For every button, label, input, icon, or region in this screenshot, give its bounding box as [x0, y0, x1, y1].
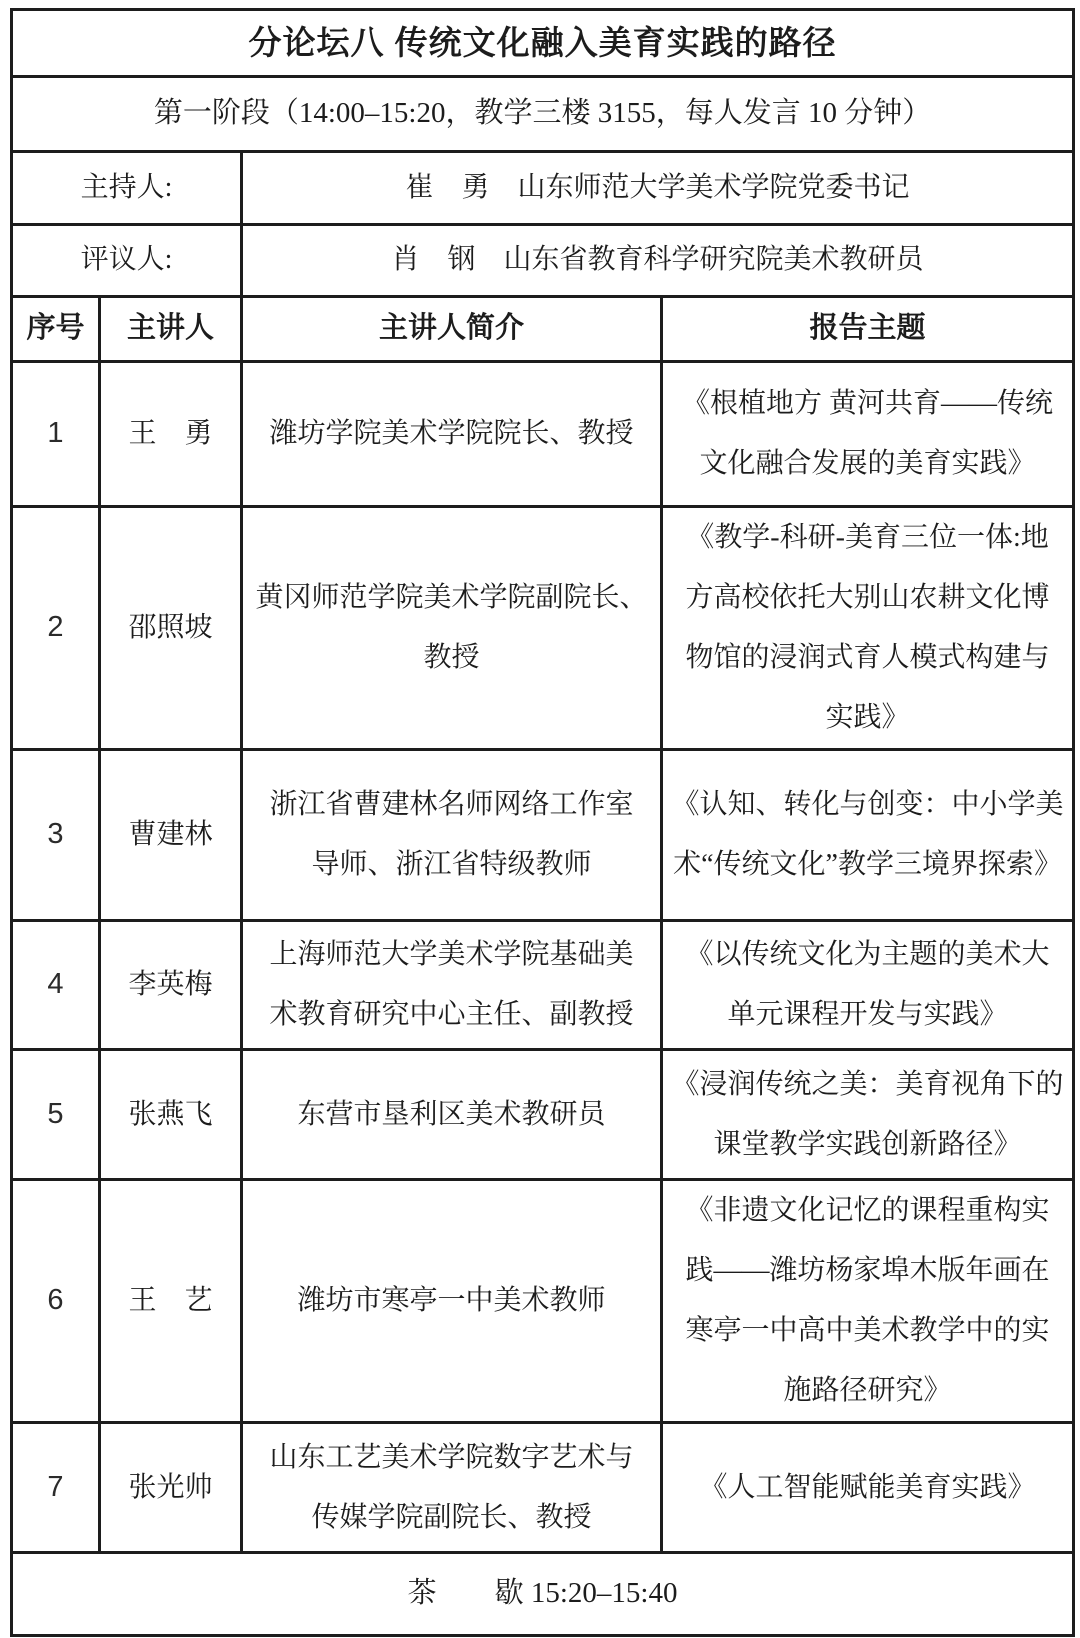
row-no: 4	[12, 921, 100, 1050]
row-speaker: 王 勇	[100, 362, 242, 507]
column-header-row: 序号 主讲人 主讲人简介 报告主题	[12, 297, 1074, 362]
row-topic: 《人工智能赋能美育实践》	[662, 1423, 1074, 1553]
row-topic: 《教学-科研-美育三位一体:地 方高校依托大别山农耕文化博 物馆的浸润式育人模式…	[662, 507, 1074, 750]
col-header-no: 序号	[12, 297, 100, 362]
col-header-bio: 主讲人简介	[242, 297, 662, 362]
row-speaker: 曹建林	[100, 750, 242, 921]
row-no: 2	[12, 507, 100, 750]
host-value: 崔 勇 山东师范大学美术学院党委书记	[242, 152, 1074, 225]
row-topic: 《浸润传统之美：美育视角下的 课堂教学实践创新路径》	[662, 1050, 1074, 1180]
col-header-topic: 报告主题	[662, 297, 1074, 362]
page-title: 分论坛八 传统文化融入美育实践的路径	[12, 10, 1074, 77]
stage-info: 第一阶段（14:00–15:20，教学三楼 3155，每人发言 10 分钟）	[12, 77, 1074, 152]
host-label: 主持人:	[12, 152, 242, 225]
row-bio: 东营市垦利区美术教研员	[242, 1050, 662, 1180]
row-topic: 《非遗文化记忆的课程重构实 践——潍坊杨家埠木版年画在 寒亭一中高中美术教学中的…	[662, 1180, 1074, 1423]
col-header-speaker: 主讲人	[100, 297, 242, 362]
title-row: 分论坛八 传统文化融入美育实践的路径	[12, 10, 1074, 77]
table-row: 2 邵照坡 黄冈师范学院美术学院副院长、 教授 《教学-科研-美育三位一体:地 …	[12, 507, 1074, 750]
row-speaker: 王 艺	[100, 1180, 242, 1423]
table-row: 3 曹建林 浙江省曹建林名师网络工作室 导师、浙江省特级教师 《认知、转化与创变…	[12, 750, 1074, 921]
reviewer-row: 评议人: 肖 钢 山东省教育科学研究院美术教研员	[12, 225, 1074, 297]
row-bio: 浙江省曹建林名师网络工作室 导师、浙江省特级教师	[242, 750, 662, 921]
table-row: 7 张光帅 山东工艺美术学院数字艺术与 传媒学院副院长、教授 《人工智能赋能美育…	[12, 1423, 1074, 1553]
row-speaker: 邵照坡	[100, 507, 242, 750]
table-row: 4 李英梅 上海师范大学美术学院基础美 术教育研究中心主任、副教授 《以传统文化…	[12, 921, 1074, 1050]
row-topic: 《根植地方 黄河共育——传统 文化融合发展的美育实践》	[662, 362, 1074, 507]
row-topic: 《认知、转化与创变：中小学美 术“传统文化”教学三境界探索》	[662, 750, 1074, 921]
table-row: 1 王 勇 潍坊学院美术学院院长、教授 《根植地方 黄河共育——传统 文化融合发…	[12, 362, 1074, 507]
table-row: 5 张燕飞 东营市垦利区美术教研员 《浸润传统之美：美育视角下的 课堂教学实践创…	[12, 1050, 1074, 1180]
row-bio: 潍坊市寒亭一中美术教师	[242, 1180, 662, 1423]
row-no: 7	[12, 1423, 100, 1553]
reviewer-value: 肖 钢 山东省教育科学研究院美术教研员	[242, 225, 1074, 297]
row-no: 1	[12, 362, 100, 507]
tea-break-row: 茶 歇 15:20–15:40	[12, 1553, 1074, 1636]
row-no: 6	[12, 1180, 100, 1423]
row-topic: 《以传统文化为主题的美术大 单元课程开发与实践》	[662, 921, 1074, 1050]
forum-schedule-table: 分论坛八 传统文化融入美育实践的路径 第一阶段（14:00–15:20，教学三楼…	[10, 8, 1075, 1637]
row-speaker: 李英梅	[100, 921, 242, 1050]
row-speaker: 张光帅	[100, 1423, 242, 1553]
row-bio: 上海师范大学美术学院基础美 术教育研究中心主任、副教授	[242, 921, 662, 1050]
row-bio: 潍坊学院美术学院院长、教授	[242, 362, 662, 507]
tea-break-info: 茶 歇 15:20–15:40	[12, 1553, 1074, 1636]
row-no: 5	[12, 1050, 100, 1180]
row-no: 3	[12, 750, 100, 921]
table-row: 6 王 艺 潍坊市寒亭一中美术教师 《非遗文化记忆的课程重构实 践——潍坊杨家埠…	[12, 1180, 1074, 1423]
row-bio: 山东工艺美术学院数字艺术与 传媒学院副院长、教授	[242, 1423, 662, 1553]
stage-row: 第一阶段（14:00–15:20，教学三楼 3155，每人发言 10 分钟）	[12, 77, 1074, 152]
host-row: 主持人: 崔 勇 山东师范大学美术学院党委书记	[12, 152, 1074, 225]
reviewer-label: 评议人:	[12, 225, 242, 297]
row-speaker: 张燕飞	[100, 1050, 242, 1180]
row-bio: 黄冈师范学院美术学院副院长、 教授	[242, 507, 662, 750]
